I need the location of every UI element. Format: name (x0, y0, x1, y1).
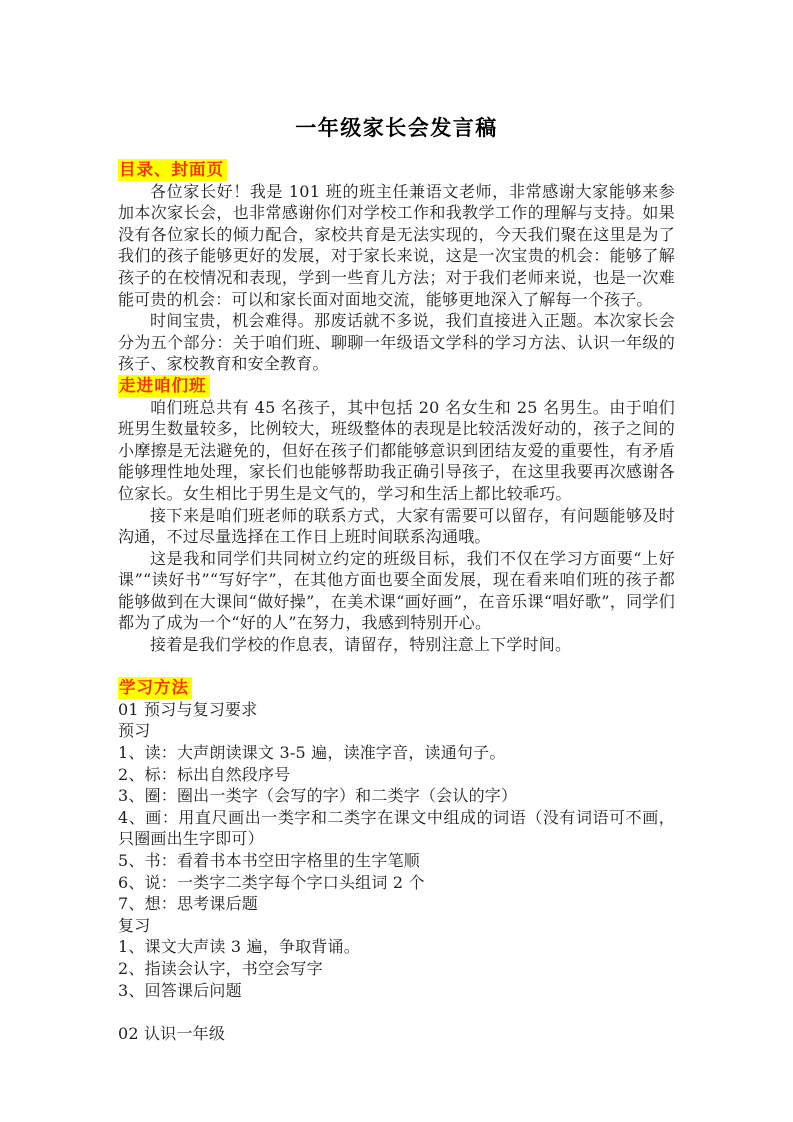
method-line-item: 1、课文大声读 3 遍，争取背诵。 (118, 936, 675, 958)
method-line-preview-label: 预习 (118, 720, 675, 742)
method-line-item: 1、读：大声朗读课文 3-5 遍，读准字音，读通句子。 (118, 742, 675, 764)
section-heading-row: 学习方法 (118, 677, 675, 699)
document-title: 一年级家长会发言稿 (118, 113, 675, 143)
section-heading-row: 目录、封面页 (118, 159, 675, 181)
next-section-line: 02 认识一年级 (118, 1023, 675, 1045)
method-line-item: 2、标：标出自然段序号 (118, 764, 675, 786)
section-heading-method: 学习方法 (118, 677, 192, 699)
method-line-item: 3、回答课后问题 (118, 980, 675, 1002)
method-line-item: 7、想：思考课后题 (118, 893, 675, 915)
method-line-item: 6、说：一类字二类字每个字口头组词 2 个 (118, 872, 675, 894)
paragraph-class-goals: 这是我和同学们共同树立约定的班级目标，我们不仅在学习方面要“上好课”“读好书”“… (118, 548, 675, 634)
paragraph-agenda: 时间宝贵，机会难得。那废话就不多说，我们直接进入正题。本次家长会分为五个部分：关… (118, 310, 675, 375)
method-line-review-label: 复习 (118, 915, 675, 937)
document-page: 一年级家长会发言稿 目录、封面页 各位家长好！我是 101 班的班主任兼语文老师… (0, 0, 793, 1122)
blank-line (118, 656, 675, 678)
section-heading-cover: 目录、封面页 (118, 159, 227, 181)
method-line-item: 3、圈：圈出一类字（会写的字）和二类字（会认的字） (118, 785, 675, 807)
paragraph-contact-info: 接下来是咱们班老师的联系方式，大家有需要可以留存，有问题能够及时沟通，不过尽量选… (118, 505, 675, 548)
method-line-subtitle: 01 预习与复习要求 (118, 699, 675, 721)
method-line-item: 4、画：用直尺画出一类字和二类字在课文中组成的词语（没有词语可不画，只圈画出生字… (118, 807, 675, 850)
section-heading-row: 走进咱们班 (118, 375, 675, 397)
paragraph-greeting: 各位家长好！我是 101 班的班主任兼语文老师，非常感谢大家能够来参加本次家长会… (118, 181, 675, 311)
paragraph-schedule-note: 接着是我们学校的作息表，请留存，特别注意上下学时间。 (118, 634, 675, 656)
blank-line (118, 1001, 675, 1023)
method-line-item: 2、指读会认字，书空会写字 (118, 958, 675, 980)
method-line-item: 5、书：看着书本书空田字格里的生字笔顺 (118, 850, 675, 872)
section-heading-class: 走进咱们班 (118, 375, 210, 397)
paragraph-class-overview: 咱们班总共有 45 名孩子，其中包括 20 名女生和 25 名男生。由于咱们班男… (118, 397, 675, 505)
